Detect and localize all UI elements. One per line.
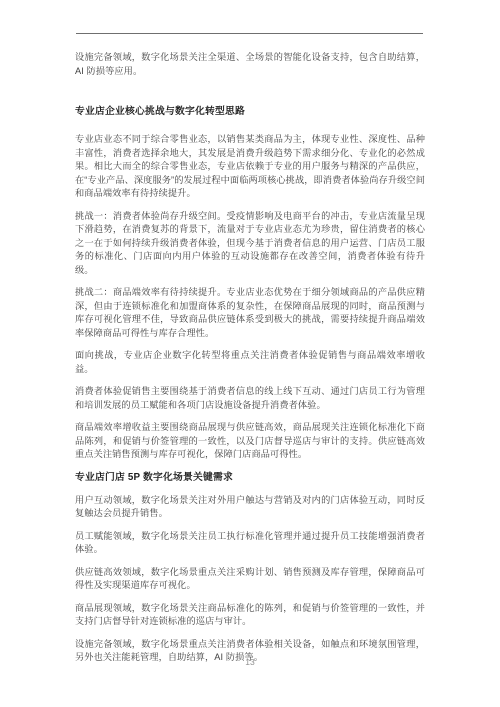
document-page: 设施完备领域，数字化场景关注全渠道、全场景的智能化设备支持，包含自助结算，AI … [0,0,500,707]
page-number: 13 [0,657,500,667]
section-heading-5p-scenarios: 专业店门店 5P 数字化场景关键需求 [75,471,425,485]
page-content: 设施完备领域，数字化场景关注全渠道、全场景的智能化设备支持，包含自助结算，AI … [75,51,425,674]
paragraph-consumer-experience: 消费者体验促销售主要围绕基于消费者信息的线上线下互动、通过门店员工行为管理和培训… [75,385,425,412]
paragraph-challenge-two: 挑战二：商品端效率有待持续提升。专业店业态优势在于细分领域商品的产品供应精深，但… [75,286,425,340]
paragraph-user-interaction: 用户互动领域，数字化场景关注对外用户触达与营销及对内的门店体验互动，同时反复触达… [75,494,425,521]
paragraph-challenge-one: 挑战一：消费者体验尚存升级空间。受疫情影响及电商平台的冲击，专业店流量呈现下滑趋… [75,210,425,278]
header-rule [76,33,423,34]
paragraph-specialty-store-intro: 专业店业态不同于综合零售业态，以销售某类商品为主，体现专业性、深度性、品种丰富性… [75,133,425,201]
paragraph-merchandise-efficiency: 商品端效率增收益主要围绕商品展现与供应链高效，商品展现关注连锁化标准化下商品陈列… [75,421,425,462]
section-heading-core-challenges: 专业店企业核心挑战与数字化转型思路 [75,105,425,119]
paragraph-facilities-summary: 设施完备领域，数字化场景关注全渠道、全场景的智能化设备支持，包含自助结算，AI … [75,51,425,78]
paragraph-merchandise-display: 商品展现领域，数字化场景关注商品标准化的陈列，和促销与价签管理的一致性，并支持门… [75,602,425,629]
paragraph-supply-chain: 供应链高效领域，数字化场景重点关注采购计划、销售预测及库存管理，保障商品可得性及… [75,566,425,593]
paragraph-transformation-focus: 面向挑战，专业店企业数字化转型将重点关注消费者体验促销售与商品端效率增收益。 [75,349,425,376]
paragraph-employee-enablement: 员工赋能领域，数字化场景关注员工执行标准化管理并通过提升员工技能增强消费者体验。 [75,530,425,557]
